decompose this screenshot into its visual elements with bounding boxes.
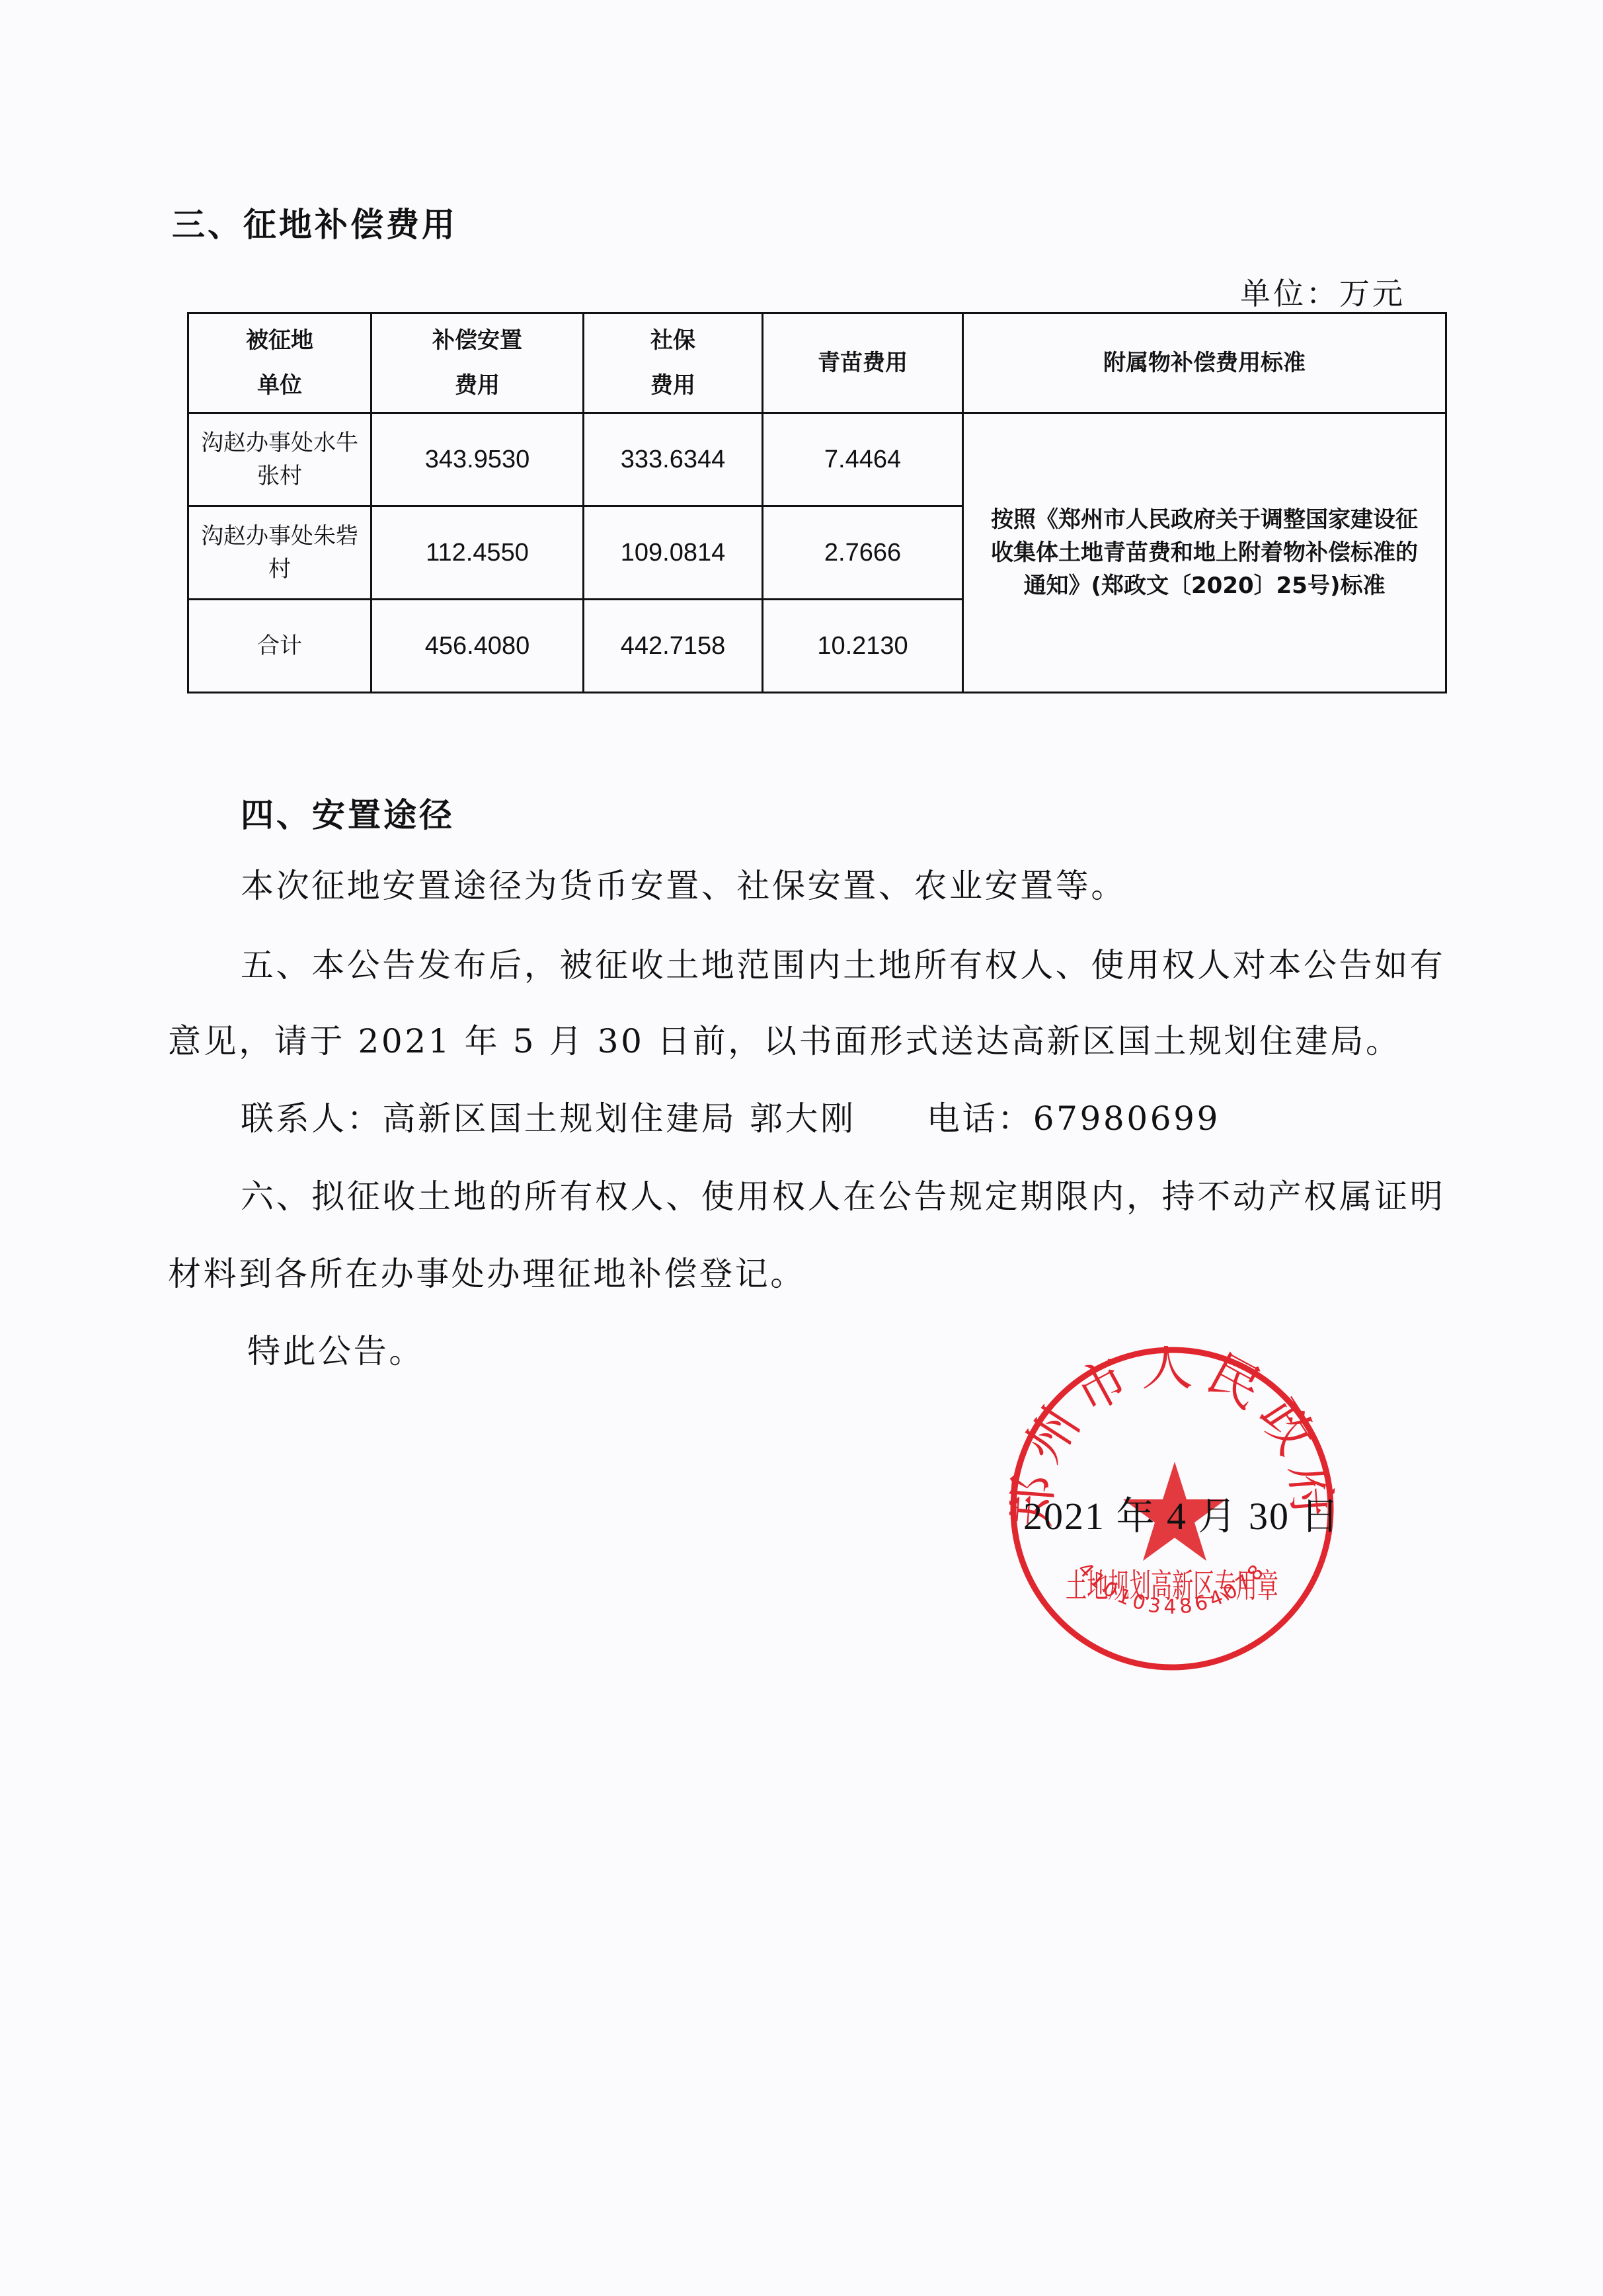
- table-row: 沟赵办事处水牛张村 343.9530 333.6344 7.4464 按照《郑州…: [188, 413, 1446, 506]
- cell-social-security: 109.0814: [584, 506, 763, 600]
- cell-compensation: 456.4080: [371, 600, 584, 693]
- registration-text-line2: 材料到各所在办事处办理征地补偿登记。: [168, 1254, 806, 1294]
- objection-text-line2: 意见，请于 2021 年 5 月 30 日前，以书面形式送达高新区国土规划住建局…: [168, 1021, 1401, 1061]
- cell-attachment-standard: 按照《郑州市人民政府关于调整国家建设征收集体土地青苗费和地上附着物补偿标准的通知…: [963, 413, 1446, 693]
- cell-compensation: 343.9530: [371, 413, 584, 506]
- objection-text-line1: 五、本公告发布后，被征收土地范围内土地所有权人、使用权人对本公告如有: [241, 945, 1445, 985]
- cell-social-security: 333.6344: [584, 413, 763, 506]
- compensation-table: 被征地单位 补偿安置费用 社保费用 青苗费用 附属物补偿费用标准 沟赵办事处水牛…: [187, 312, 1447, 693]
- cell-crops: 2.7666: [763, 506, 963, 600]
- cell-crops: 10.2130: [763, 600, 963, 693]
- cell-unit: 沟赵办事处朱砦村: [188, 506, 371, 600]
- header-unit: 被征地单位: [188, 313, 371, 413]
- closing-text: 特此公告。: [247, 1331, 424, 1371]
- header-attachment-standard: 附属物补偿费用标准: [963, 313, 1446, 413]
- resettlement-text: 本次征地安置途径为货币安置、社保安置、农业安置等。: [241, 866, 1126, 906]
- cell-unit: 合计: [188, 600, 371, 693]
- signature-date: 2021 年 4 月 30 日: [1023, 1485, 1341, 1540]
- cell-social-security: 442.7158: [584, 600, 763, 693]
- header-compensation: 补偿安置费用: [371, 313, 584, 413]
- cell-unit: 沟赵办事处水牛张村: [188, 413, 371, 506]
- table-header-row: 被征地单位 补偿安置费用 社保费用 青苗费用 附属物补偿费用标准: [188, 313, 1446, 413]
- section-heading-resettlement: 四、安置途径: [241, 789, 455, 836]
- section-heading-compensation: 三、征地补偿费用: [172, 198, 457, 246]
- cell-compensation: 112.4550: [371, 506, 584, 600]
- cell-crops: 7.4464: [763, 413, 963, 506]
- contact-line: 联系人：高新区国土规划住建局 郭大刚 电话：67980699: [241, 1099, 1220, 1138]
- unit-label: 单位：万元: [1240, 270, 1405, 313]
- registration-text-line1: 六、拟征收土地的所有权人、使用权人在公告规定期限内，持不动产权属证明: [241, 1177, 1445, 1216]
- header-social-security: 社保费用: [584, 313, 763, 413]
- header-crops: 青苗费用: [763, 313, 963, 413]
